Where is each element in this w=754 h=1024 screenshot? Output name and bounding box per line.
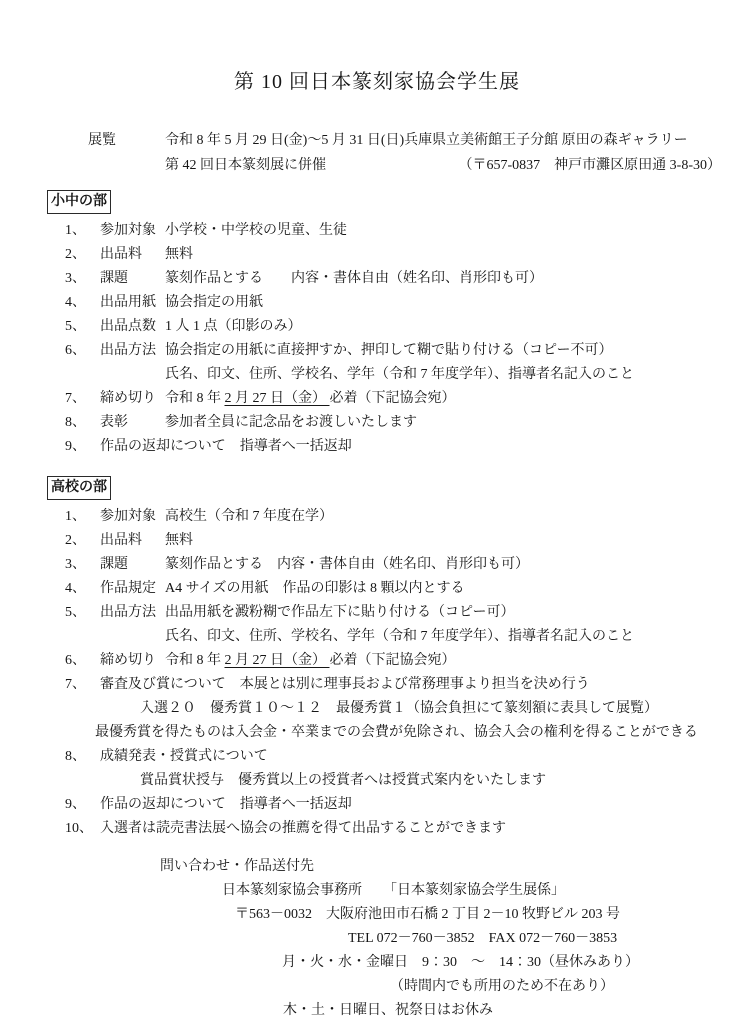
item-value: 最優秀賞を得たものは入会金・卒業までの会費が免除され、協会入会の権利を得ることが…	[95, 721, 698, 745]
value-text: 必着（下記協会宛）	[330, 391, 456, 406]
list-item: 7、締め切り令和 8 年 2 月 27 日（金） 必着（下記協会宛）	[65, 387, 754, 411]
list-item: 9、作品の返却について 指導者へ一括返却	[65, 435, 754, 459]
footer-line: 木・土・日曜日、祝祭日はお休み	[283, 999, 754, 1023]
item-label: 作品規定	[100, 577, 165, 601]
item-value: 篆刻作品とする 内容・書体自由（姓名印、肖形印も可）	[165, 267, 543, 291]
page-title: 第 10 回日本篆刻家協会学生展	[0, 0, 754, 96]
item-label: 出品料	[100, 243, 165, 267]
section-heading: 高校の部	[47, 476, 111, 500]
item-label: 出品方法	[100, 601, 165, 625]
item-label: 締め切り	[100, 387, 165, 411]
section-heading: 小中の部	[47, 190, 111, 214]
item-number: 5、	[65, 315, 100, 339]
list-item: 8、表彰参加者全員に記念品をお渡しいたします	[65, 411, 754, 435]
item-label: 出品料	[100, 529, 165, 553]
list-item: 6、締め切り令和 8 年 2 月 27 日（金） 必着（下記協会宛）	[65, 649, 754, 673]
list-item: 5、出品点数1 人 1 点（印影のみ）	[65, 315, 754, 339]
footer-line: 〒563－0032 大阪府池田市石橋 2 丁目 2－10 牧野ビル 203 号	[235, 903, 754, 927]
item-value: 令和 8 年 2 月 27 日（金） 必着（下記協会宛）	[165, 649, 456, 673]
item-number: 3、	[65, 553, 100, 577]
item-number: 4、	[65, 291, 100, 315]
item-number: 4、	[65, 577, 100, 601]
footer-line: TEL 072－760－3852 FAX 072－760－3853	[348, 927, 754, 951]
item-value: 氏名、印文、住所、学校名、学年（令和 7 年度学年）、指導者名記入のこと	[165, 363, 634, 387]
item-label: 課題	[100, 267, 165, 291]
section-shochu: 小中の部 1、参加対象小学校・中学校の児童、生徒2、出品料無料3、課題篆刻作品と…	[47, 190, 754, 459]
item-value: 小学校・中学校の児童、生徒	[165, 219, 347, 243]
list-item: 9、作品の返却について 指導者へ一括返却	[65, 793, 754, 817]
item-value: 出品用紙を澱粉糊で作品左下に貼り付ける（コピー可）	[165, 601, 514, 625]
item-number: 1、	[65, 505, 100, 529]
item-label: 作品の返却について	[100, 793, 226, 817]
document-page: 第 10 回日本篆刻家協会学生展 展覧 令和 8 年 5 月 29 日(金)～5…	[0, 0, 754, 1024]
sections: 小中の部 1、参加対象小学校・中学校の児童、生徒2、出品料無料3、課題篆刻作品と…	[0, 190, 754, 841]
footer-line: （時間内でも所用のため不在あり）	[390, 975, 754, 999]
list-item: 3、課題篆刻作品とする 内容・書体自由（姓名印、肖形印も可）	[65, 267, 754, 291]
item-value: 無料	[165, 243, 193, 267]
value-text: 必着（下記協会宛）	[330, 653, 456, 668]
item-number: 2、	[65, 243, 100, 267]
footer-line: 月・火・水・金曜日 9：30 ～ 14：30（昼休みあり）	[282, 951, 754, 975]
item-value: 協会指定の用紙	[165, 291, 263, 315]
footer-line: 日本篆刻家協会事務所 「日本篆刻家協会学生展係」	[222, 879, 754, 903]
continuation-line: 氏名、印文、住所、学校名、学年（令和 7 年度学年）、指導者名記入のこと	[65, 625, 754, 649]
item-label: 成績発表・授賞式について	[100, 745, 268, 769]
item-value: A4 サイズの用紙 作品の印影は 8 顆以内とする	[165, 577, 465, 601]
item-label: 出品用紙	[100, 291, 165, 315]
item-number: 6、	[65, 649, 100, 673]
item-value: 指導者へ一括返却	[226, 793, 352, 817]
list-item: 5、出品方法出品用紙を澱粉糊で作品左下に貼り付ける（コピー可）	[65, 601, 754, 625]
item-number: 3、	[65, 267, 100, 291]
item-number: 9、	[65, 793, 100, 817]
value-text: 令和 8 年	[165, 391, 225, 406]
section-koko: 高校の部 1、参加対象高校生（令和 7 年度在学）2、出品料無料3、課題篆刻作品…	[47, 476, 754, 841]
list-item: 1、参加対象小学校・中学校の児童、生徒	[65, 219, 754, 243]
continuation-line: 最優秀賞を得たものは入会金・卒業までの会費が免除され、協会入会の権利を得ることが…	[65, 721, 754, 745]
deadline-date-underlined: 2 月 27 日（金）	[225, 653, 330, 668]
item-label: 表彰	[100, 411, 165, 435]
exhibition-label: 展覧	[88, 128, 165, 178]
list-item: 4、出品用紙協会指定の用紙	[65, 291, 754, 315]
item-number: 8、	[65, 745, 100, 769]
item-label: 審査及び賞について	[100, 673, 226, 697]
item-label: 参加対象	[100, 505, 165, 529]
footer-line: 問い合わせ・作品送付先	[160, 855, 754, 879]
list-item: 3、課題篆刻作品とする 内容・書体自由（姓名印、肖形印も可）	[65, 553, 754, 577]
item-value: 高校生（令和 7 年度在学）	[165, 505, 333, 529]
item-value: 入選者は読売書法展へ協会の推薦を得て出品することができます	[100, 817, 506, 841]
value-text: 令和 8 年	[165, 653, 225, 668]
item-value: 無料	[165, 529, 193, 553]
list-item: 7、審査及び賞について 本展とは別に理事長および常務理事より担当を決め行う	[65, 673, 754, 697]
exhibition-block: 展覧 令和 8 年 5 月 29 日(金)～5 月 31 日(日)兵庫県立美術館…	[88, 128, 754, 178]
item-value: 本展とは別に理事長および常務理事より担当を決め行う	[226, 673, 590, 697]
item-value: 協会指定の用紙に直接押すか、押印して糊で貼り付ける（コピー不可）	[165, 339, 612, 363]
item-value: 令和 8 年 2 月 27 日（金） 必着（下記協会宛）	[165, 387, 456, 411]
list-item: 2、出品料無料	[65, 529, 754, 553]
item-value: 入選２０ 優秀賞１０～１２ 最優秀賞１（協会負担にて篆刻額に表具して展覧）	[140, 697, 658, 721]
item-number: 8、	[65, 411, 100, 435]
item-label: 参加対象	[100, 219, 165, 243]
item-label: 出品点数	[100, 315, 165, 339]
list-item: 2、出品料無料	[65, 243, 754, 267]
list-item: 1、参加対象高校生（令和 7 年度在学）	[65, 505, 754, 529]
item-value: 篆刻作品とする 内容・書体自由（姓名印、肖形印も可）	[165, 553, 529, 577]
item-value: 参加者全員に記念品をお渡しいたします	[165, 411, 417, 435]
item-value: 氏名、印文、住所、学校名、学年（令和 7 年度学年）、指導者名記入のこと	[165, 625, 634, 649]
item-number: 5、	[65, 601, 100, 625]
item-number: 1、	[65, 219, 100, 243]
list-item: 6、出品方法協会指定の用紙に直接押すか、押印して糊で貼り付ける（コピー不可）	[65, 339, 754, 363]
item-label: 作品の返却について	[100, 435, 226, 459]
item-label: 締め切り	[100, 649, 165, 673]
item-number: 6、	[65, 339, 100, 363]
item-value: 指導者へ一括返却	[226, 435, 352, 459]
item-number: 2、	[65, 529, 100, 553]
exhibition-cohost: 第 42 回日本篆刻展に併催	[165, 153, 326, 178]
list-item: 8、成績発表・授賞式について	[65, 745, 754, 769]
item-value: 賞品賞状授与 優秀賞以上の授賞者へは授賞式案内をいたします	[140, 769, 546, 793]
exhibition-line2: 第 42 回日本篆刻展に併催 （〒657-0837 神戸市灘区原田通 3-8-3…	[165, 153, 721, 178]
continuation-line: 氏名、印文、住所、学校名、学年（令和 7 年度学年）、指導者名記入のこと	[65, 363, 754, 387]
list-item: 10、入選者は読売書法展へ協会の推薦を得て出品することができます	[65, 817, 754, 841]
deadline-date-underlined: 2 月 27 日（金）	[225, 391, 330, 406]
continuation-line: 入選２０ 優秀賞１０～１２ 最優秀賞１（協会負担にて篆刻額に表具して展覧）	[65, 697, 754, 721]
item-value: 1 人 1 点（印影のみ）	[165, 315, 302, 339]
exhibition-address: （〒657-0837 神戸市灘区原田通 3-8-30）	[459, 153, 722, 178]
item-number: 9、	[65, 435, 100, 459]
item-number: 7、	[65, 673, 100, 697]
item-label: 出品方法	[100, 339, 165, 363]
continuation-line: 賞品賞状授与 優秀賞以上の授賞者へは授賞式案内をいたします	[65, 769, 754, 793]
contact-block: 問い合わせ・作品送付先日本篆刻家協会事務所 「日本篆刻家協会学生展係」〒563－…	[0, 855, 754, 1023]
exhibition-dates: 令和 8 年 5 月 29 日(金)～5 月 31 日(日)兵庫県立美術館王子分…	[165, 128, 721, 153]
list-item: 4、作品規定A4 サイズの用紙 作品の印影は 8 顆以内とする	[65, 577, 754, 601]
exhibition-content: 令和 8 年 5 月 29 日(金)～5 月 31 日(日)兵庫県立美術館王子分…	[165, 128, 721, 178]
item-number: 10、	[65, 817, 100, 841]
item-label: 課題	[100, 553, 165, 577]
item-number: 7、	[65, 387, 100, 411]
